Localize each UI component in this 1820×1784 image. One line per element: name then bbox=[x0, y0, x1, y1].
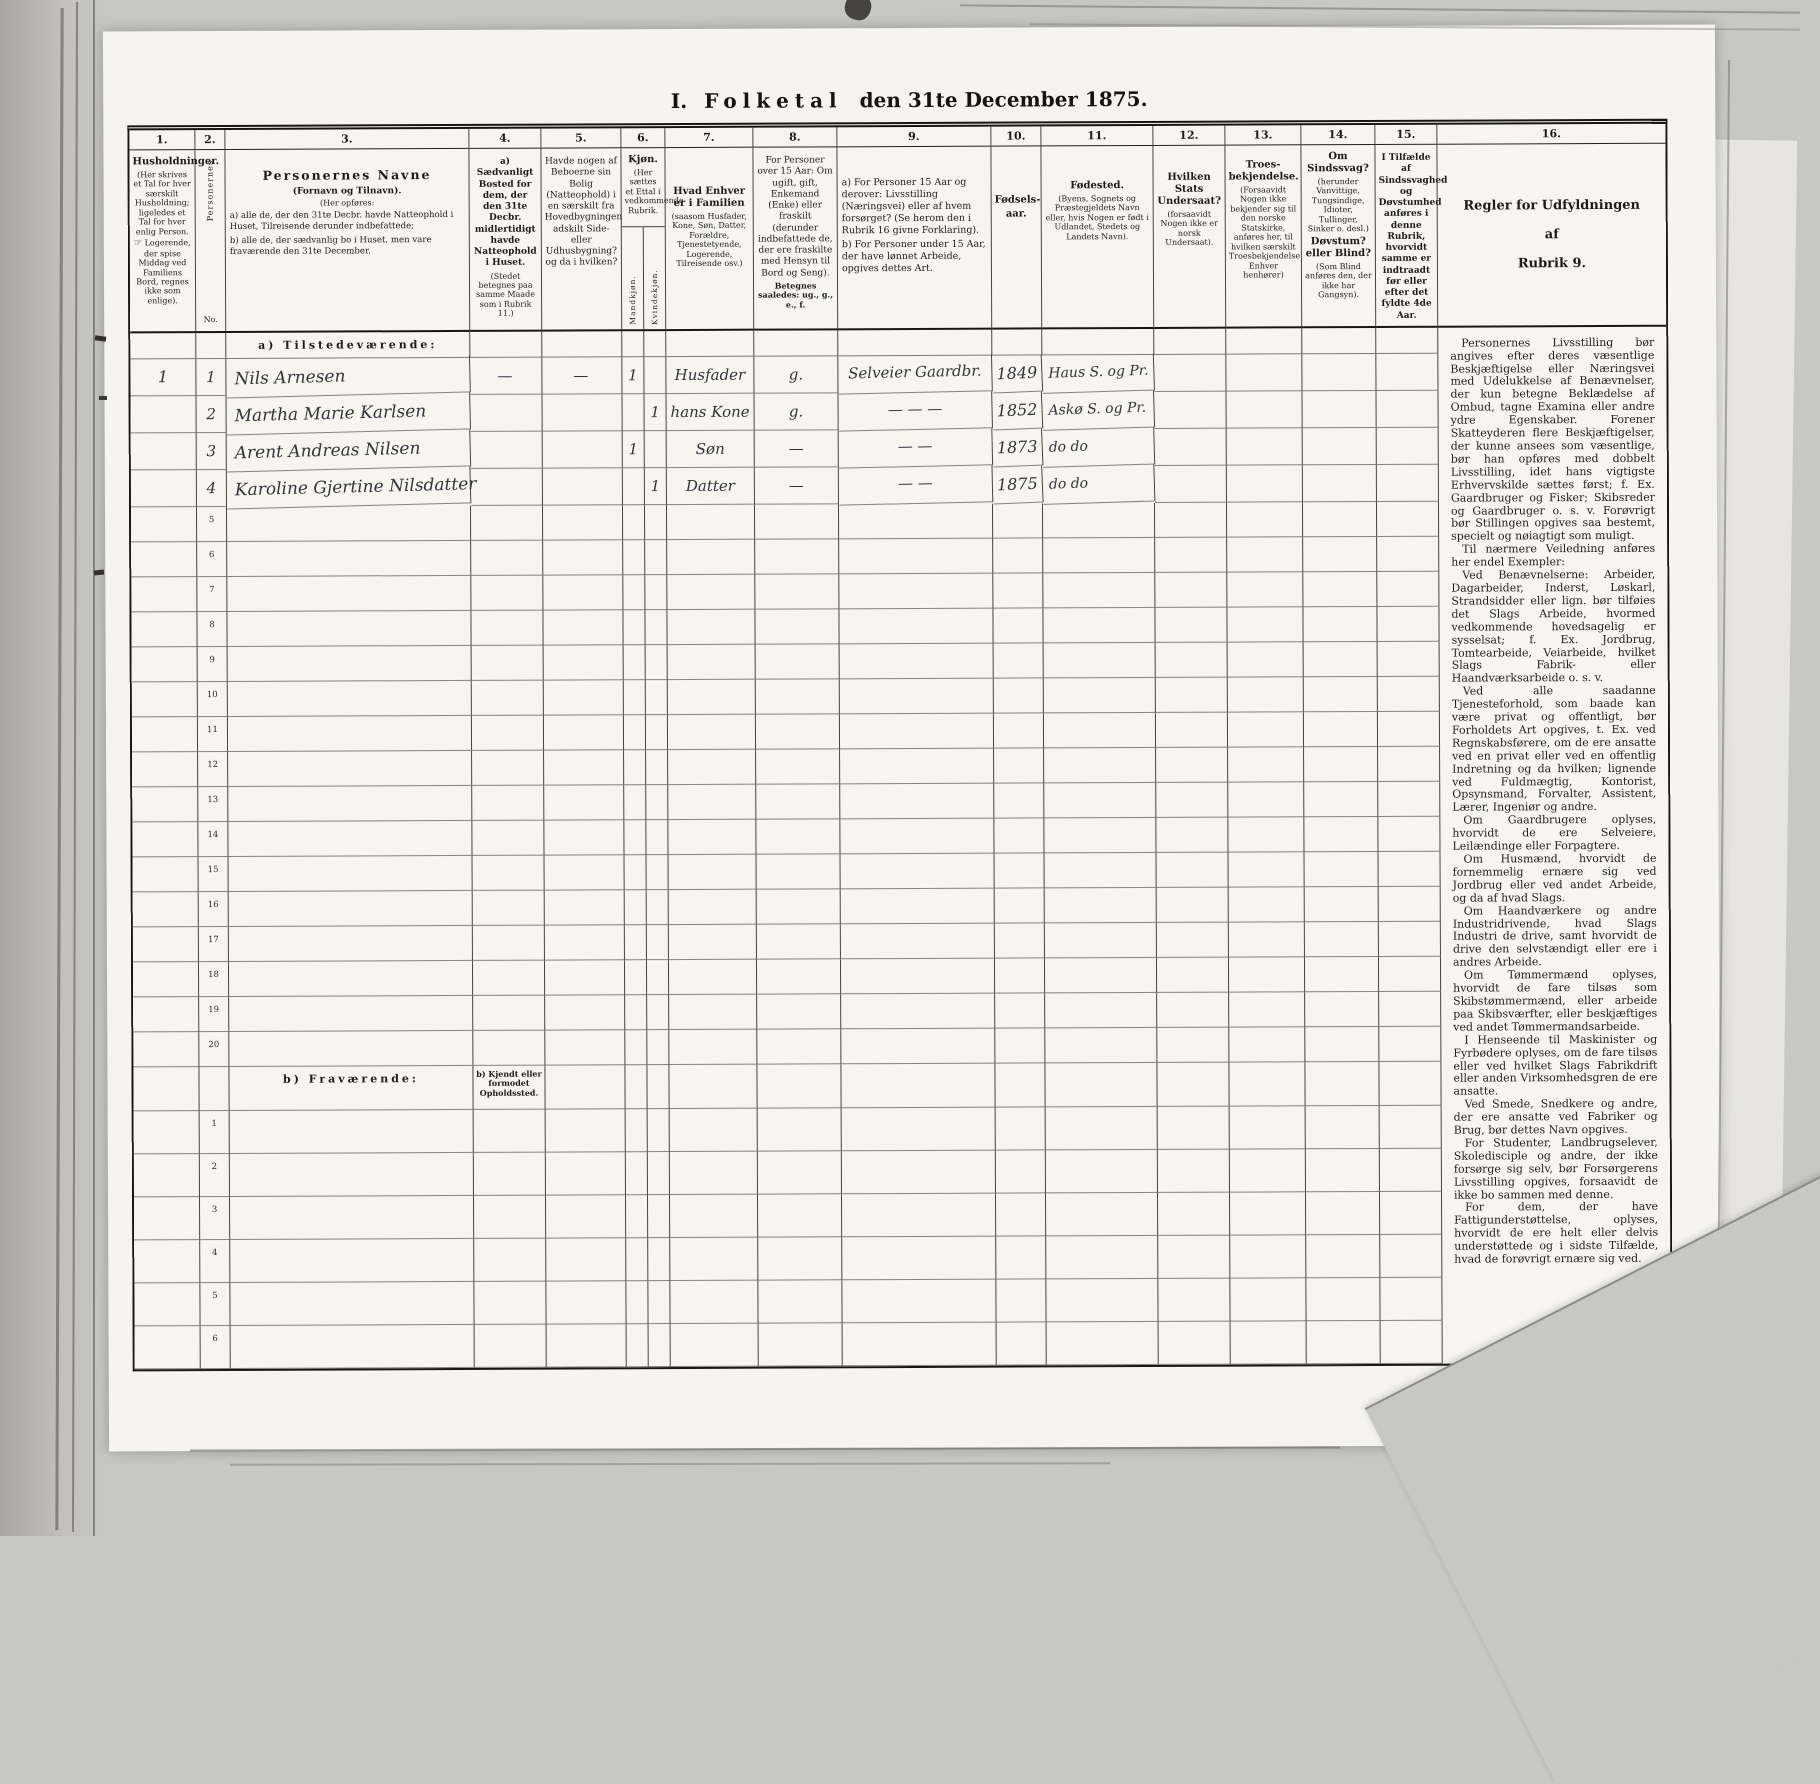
header-onset-age: I Tilfælde af Sindssvaghed og Døvstumhed… bbox=[1375, 145, 1438, 328]
cell-marital-status: g. bbox=[754, 393, 838, 430]
cell-family-position: Søn bbox=[667, 430, 755, 467]
cell-person-number: 3 bbox=[197, 433, 227, 470]
header-households: Husholdninger. (Her skrives et Tal for h… bbox=[129, 150, 196, 333]
cell-marital-status: g. bbox=[754, 356, 838, 393]
cell-disabilities bbox=[1303, 428, 1377, 465]
cell-female-mark bbox=[645, 431, 667, 468]
cell-row-number: 9 bbox=[198, 647, 228, 682]
cell-separate-dwelling bbox=[542, 394, 622, 431]
cell-household-number: 1 bbox=[130, 359, 196, 396]
header-names: Personernes Navne (Fornavn og Tilnavn). … bbox=[225, 149, 470, 333]
cell-female-mark bbox=[644, 357, 666, 394]
cell-occupation: — — bbox=[838, 428, 993, 468]
cell-usual-residence bbox=[470, 394, 542, 431]
rules-paragraph: Om Tømmermænd oplyses, hvorvidt de fare … bbox=[1453, 969, 1657, 1034]
cell-onset-age bbox=[1377, 427, 1439, 464]
cell-row-number: 8 bbox=[197, 612, 227, 647]
header-usual-residence: a) Sædvanligt Bosted for dem, der den 31… bbox=[469, 149, 542, 332]
header-person-number: Personernes No. bbox=[195, 150, 226, 333]
section-b-label: b) Fraværende: bbox=[229, 1066, 473, 1111]
header-marital-status: For Personer over 15 Aar: Om ugift, gift… bbox=[753, 147, 838, 330]
title-prefix: I. bbox=[671, 89, 687, 113]
cell-row-number: 13 bbox=[198, 787, 228, 822]
scan-mark bbox=[99, 396, 107, 400]
cell-separate-dwelling bbox=[543, 431, 623, 468]
rules-paragraph: Personernes Livsstilling bør angives eft… bbox=[1450, 337, 1655, 544]
rules-paragraph: Om Husmænd, hvorvidt de fornemmelig ernæ… bbox=[1453, 853, 1657, 906]
cell-row-number: 6 bbox=[197, 542, 227, 577]
cell-onset-age bbox=[1376, 390, 1438, 427]
cell-marital-status: — bbox=[755, 467, 839, 504]
rules-paragraph: Ved alle saadanne Tjenesteforhold, som b… bbox=[1452, 685, 1657, 815]
cell-row-number: 5 bbox=[197, 507, 227, 542]
cell-creed bbox=[1227, 465, 1303, 502]
cell-occupation: Selveier Gaardbr. bbox=[838, 354, 993, 394]
section-b-col4-note: b) Kjendt eller formodet Opholdssted. bbox=[473, 1065, 545, 1109]
cell-row-number: 1 bbox=[200, 1111, 230, 1154]
col-number: 6. bbox=[621, 128, 665, 148]
cell-birth-year: 1852 bbox=[992, 391, 1043, 430]
cell-row-number: 12 bbox=[198, 752, 228, 787]
cell-usual-residence bbox=[471, 431, 543, 468]
header-birthplace: Fødested. (Byens, Sognets og Præstegjeld… bbox=[1041, 146, 1154, 329]
cell-row-number: 5 bbox=[200, 1283, 230, 1326]
rules-paragraph: For Studenter, Landbrugselever, Skoledis… bbox=[1454, 1137, 1658, 1202]
cell-citizenship bbox=[1155, 465, 1227, 502]
section-a-label: a) Tilstedeværende: bbox=[226, 332, 470, 359]
cell-birthplace: do do bbox=[1042, 427, 1155, 467]
cell-row-number: 7 bbox=[197, 577, 227, 612]
manicule-icon: ☞ bbox=[134, 238, 142, 248]
cell-marital-status: — bbox=[755, 430, 839, 467]
cell-person-number: 2 bbox=[197, 396, 227, 433]
rules-paragraph: Om Haandværkere og andre Industridrivend… bbox=[1453, 904, 1657, 969]
scan-blemish bbox=[842, 0, 875, 23]
cell-occupation: — — — bbox=[838, 391, 993, 431]
cell-row-number: 2 bbox=[200, 1154, 230, 1197]
col-number: 12. bbox=[1153, 126, 1225, 146]
cell-creed bbox=[1226, 354, 1302, 391]
header-disabilities: Om Sindssvag? (herunder Vanvittige, Tung… bbox=[1301, 145, 1376, 328]
col-number: 13. bbox=[1225, 125, 1301, 145]
header-sex: Kjøn. (Her sættes et Ettal i vedkommende… bbox=[621, 148, 666, 331]
cell-row-number: 17 bbox=[199, 927, 229, 962]
census-table: 1. 2. 3. 4. 5. 6. 7. 8. 9. 10. 11. 12. 1… bbox=[127, 119, 1672, 1371]
cell-name: Karoline Gjertine Nilsdatter bbox=[226, 466, 471, 509]
cell-usual-residence bbox=[471, 468, 543, 505]
header-sex-male: Mandkjøn. bbox=[622, 227, 644, 329]
cell-household-number bbox=[131, 396, 197, 433]
cell-row-number: 14 bbox=[198, 822, 228, 857]
col-number: 4. bbox=[469, 129, 541, 149]
title-rest: den 31te December 1875. bbox=[860, 87, 1148, 112]
rules-paragraph: Om Gaardbrugere oplyses, hvorvidt de ere… bbox=[1452, 814, 1656, 854]
col-number: 5. bbox=[541, 128, 621, 148]
col-number: 11. bbox=[1041, 126, 1153, 146]
header-creed: Troes- bekjendelse. (Forsaavidt Nogen ik… bbox=[1225, 145, 1302, 328]
cell-usual-residence: — bbox=[470, 357, 542, 394]
header-birth-year: Fødsels- aar. bbox=[991, 146, 1042, 329]
col-number: 3. bbox=[225, 129, 469, 150]
cell-birthplace: Haus S. og Pr. bbox=[1042, 353, 1155, 393]
header-sex-female: Kvindekjøn. bbox=[644, 227, 665, 329]
cell-female-mark: 1 bbox=[644, 394, 666, 431]
scan-mark bbox=[94, 569, 104, 575]
rules-paragraph: Til nærmere Veiledning anføres her endel… bbox=[1451, 543, 1655, 570]
cell-occupation: — — bbox=[839, 465, 994, 505]
cell-birth-year: 1875 bbox=[992, 465, 1043, 504]
cell-name: Martha Marie Karlsen bbox=[226, 392, 471, 435]
col-number: 9. bbox=[837, 127, 991, 148]
cell-person-number: 1 bbox=[196, 359, 226, 396]
col-number: 15. bbox=[1375, 125, 1437, 145]
scanned-census-page: I. Folketal den 31te December 1875. 1. 2… bbox=[0, 0, 1820, 1536]
cell-disabilities bbox=[1302, 391, 1376, 428]
page-stack-edge bbox=[93, 0, 95, 1536]
cell-creed bbox=[1227, 428, 1303, 465]
page-edge-line bbox=[230, 1462, 1110, 1466]
scan-artifact bbox=[960, 4, 1800, 13]
cell-family-position: hans Kone bbox=[666, 393, 754, 430]
cell-row-number: 4 bbox=[200, 1240, 230, 1283]
header-occupation: a) For Personer 15 Aar og derover: Livss… bbox=[837, 147, 992, 330]
cell-person-number: 4 bbox=[197, 470, 227, 507]
col-number: 2. bbox=[195, 130, 225, 150]
cell-creed bbox=[1226, 391, 1302, 428]
cell-row-number: 18 bbox=[199, 962, 229, 997]
header-separate-dwelling: Havde nogen af Beboerne sin Bolig (Natte… bbox=[541, 148, 622, 331]
cell-citizenship bbox=[1154, 354, 1226, 391]
page-title: I. Folketal den 31te December 1875. bbox=[103, 84, 1715, 115]
cell-male-mark: 1 bbox=[622, 357, 644, 394]
cell-row-number: 11 bbox=[198, 717, 228, 752]
cell-birth-year: 1849 bbox=[992, 354, 1043, 393]
cell-male-mark: 1 bbox=[623, 431, 645, 468]
cell-family-position: Datter bbox=[667, 467, 755, 504]
cell-male-mark bbox=[623, 468, 645, 505]
cell-citizenship bbox=[1154, 391, 1226, 428]
cell-onset-age bbox=[1376, 353, 1438, 390]
rules-paragraph: I Henseende til Maskinister og Fyrbødere… bbox=[1453, 1033, 1657, 1098]
col-number: 16. bbox=[1437, 124, 1665, 145]
census-sheet: I. Folketal den 31te December 1875. 1. 2… bbox=[103, 24, 1721, 1451]
cell-disabilities bbox=[1302, 354, 1376, 391]
cell-male-mark bbox=[622, 394, 644, 431]
cell-name: Arent Andreas Nilsen bbox=[226, 429, 471, 472]
rules-paragraph: Ved Benævnelserne: Arbeider, Dagarbeider… bbox=[1451, 569, 1656, 686]
cell-birthplace: Askø S. og Pr. bbox=[1042, 390, 1155, 430]
cell-row-number: 6 bbox=[201, 1326, 231, 1369]
col-number: 8. bbox=[753, 127, 837, 147]
title-word: Folketal bbox=[704, 88, 843, 113]
cell-name: Nils Arnesen bbox=[226, 355, 471, 398]
rules-paragraph: For dem, der have Fattigunderstøttelse, … bbox=[1454, 1201, 1658, 1266]
header-rules: Regler for Udfyldningen af Rubrik 9. bbox=[1437, 144, 1666, 328]
col-number: 1. bbox=[129, 130, 195, 150]
cell-household-number bbox=[131, 433, 197, 470]
cell-row-number: 16 bbox=[199, 892, 229, 927]
col-number: 7. bbox=[665, 128, 753, 148]
cell-row-number: 15 bbox=[199, 857, 229, 892]
cell-separate-dwelling: — bbox=[542, 357, 622, 394]
col-number: 14. bbox=[1301, 125, 1375, 145]
header-family-position: Hvad Enhver er i Familien (saasom Husfad… bbox=[665, 148, 754, 331]
rules-paragraph: Ved Smede, Snedkere og andre, der ere an… bbox=[1454, 1098, 1658, 1138]
cell-disabilities bbox=[1303, 465, 1377, 502]
cell-row-number: 19 bbox=[199, 997, 229, 1032]
cell-family-position: Husfader bbox=[666, 356, 754, 393]
col-number: 10. bbox=[991, 126, 1041, 146]
cell-household-number bbox=[131, 470, 197, 507]
rules-text: Personernes Livsstilling bør angives eft… bbox=[1438, 326, 1671, 1363]
cell-row-number: 3 bbox=[200, 1197, 230, 1240]
cell-citizenship bbox=[1155, 428, 1227, 465]
cell-birthplace: do do bbox=[1042, 464, 1155, 504]
header-citizenship: Hvilken Stats Undersaat? (forsaavidt Nog… bbox=[1153, 146, 1226, 329]
cell-female-mark: 1 bbox=[645, 468, 667, 505]
cell-row-number: 20 bbox=[199, 1032, 229, 1067]
cell-birth-year: 1873 bbox=[992, 428, 1043, 467]
cell-separate-dwelling bbox=[543, 468, 623, 505]
cell-row-number: 10 bbox=[198, 682, 228, 717]
cell-onset-age bbox=[1377, 464, 1439, 501]
